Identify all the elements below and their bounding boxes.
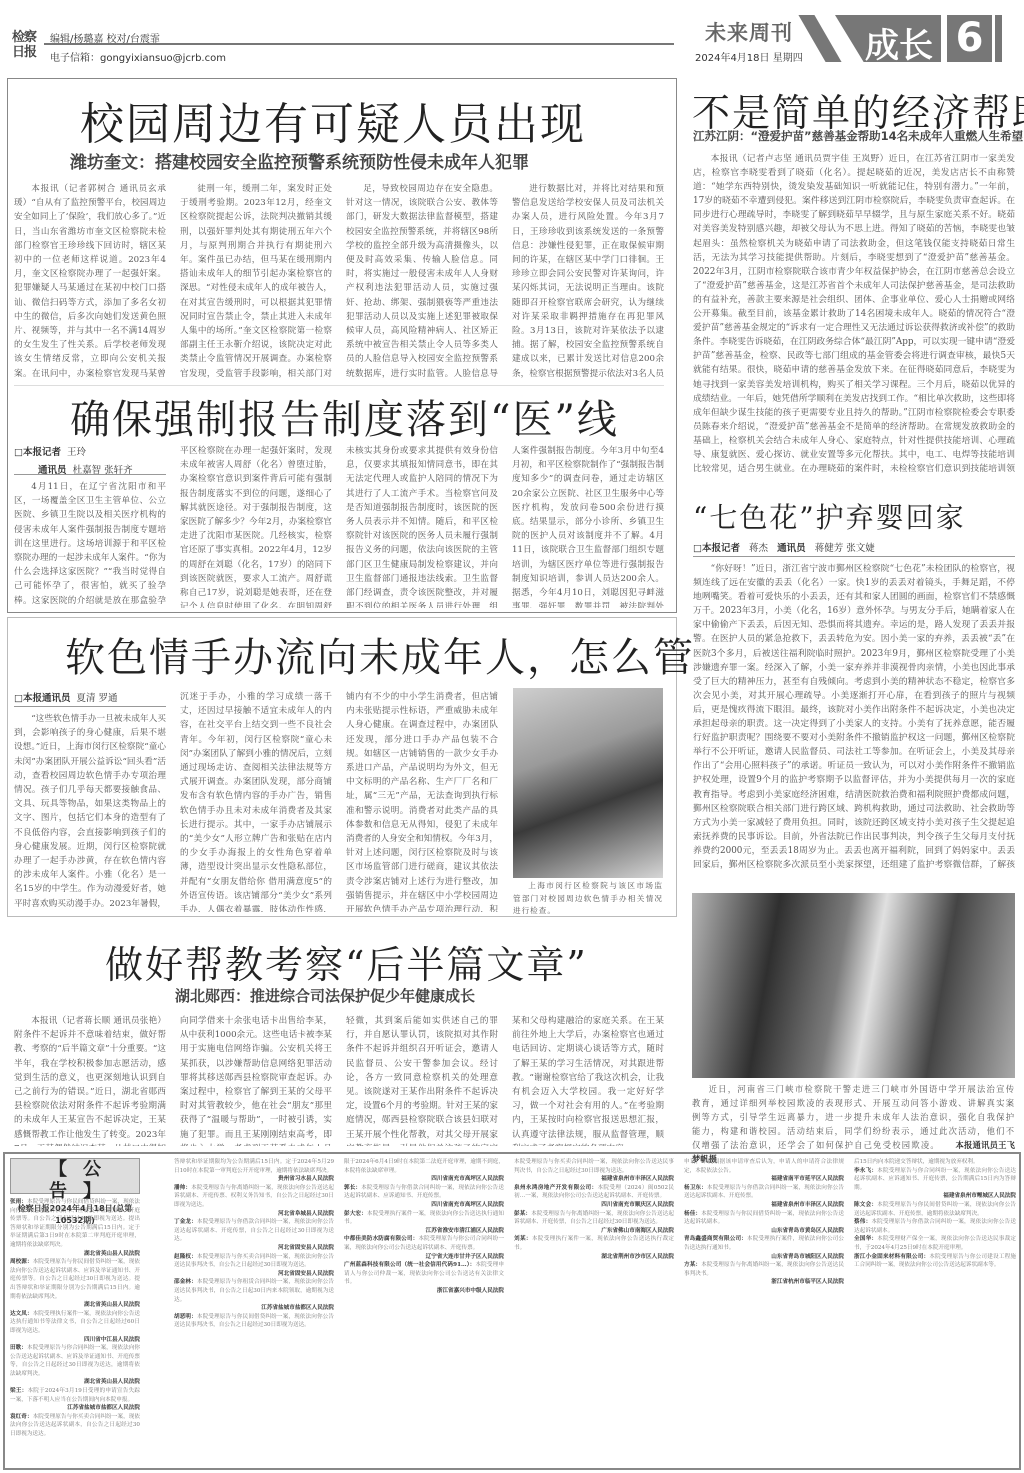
article2-column-1: 4月11日，在辽宁省沈阳市和平区，一场覆盖全区卫生主管单位、公立医院、乡镇卫生院… [14,480,166,608]
article6-column-1: 本报讯（记者蒋长顺 通讯员张艳）附条件不起诉并不意味着结束，做好帮教、考察的“后… [14,1014,166,1146]
notice-item: 刘某：本院受理执行案件一案，现依法向你公告送达执行裁定书。湖北省荆州市沙市区人民… [514,1235,674,1261]
notices-title: 【公 告】 [11,1159,139,1203]
notices-title-box: 【公 告】 检察日报2024年4月18日(总第10532期) [10,1158,140,1194]
section-title: 成长 [865,18,933,67]
article3-subhead: 江苏江阴：“澄爱护苗”慈善基金帮助14名未成年人重燃人生希望 [693,128,1023,144]
article6-column-3: 轻微，其到案后能如实供述自己的罪行，并自愿认罪认罚，该院拟对其作附条件不起诉并组… [346,1014,498,1146]
notice-item: 郭长：本院受理原告与你借款合同纠纷一案，现依法向你公告送达起诉状副本、应诉通知书… [344,1184,504,1210]
notice-item: 中都佳美防水防腐有限公司：本院受理原告与你公司合同纠纷一案，现依法向你公司公告送… [344,1235,504,1261]
article1-headline: 校园周边有可疑人员出现 [80,88,586,152]
article4-headline: “七色花”护弃婴回家 [693,496,966,536]
photo-story-caption: 近日，河南省三门峡市检察院干警走进三门峡市外国语中学开展法治宣传教育，通过详细列… [692,1082,1015,1146]
notice-item: 潘帅：本院受理原告与你离婚纠纷一案，现依法向你公告送达起诉状副本、开庭传票、权利… [174,1184,334,1218]
notice-item: 田歌：本院受理原告与你合同纠纷一案，现依法向你公告送达起诉状副本、应诉及举证通知… [10,1344,140,1387]
article1-column-4: 进行数据比对，并将比对结果和预警信息发送给学校安保人员及司法机关办案人员，进行风… [512,182,664,380]
notice-item: 限于2024年6月4日9时在本院第二法庭开庭审理，逾期不到庭，本院将依法缺席审理… [344,1158,504,1184]
notice-item: 梁王：本院于2024年3月19日受理的申请宣告失踪一案，下落不明人应当在公告期间… [10,1387,140,1413]
article6-subhead: 湖北郧西：推进综合司法保护促少年健康成长 [175,985,475,1006]
notice-item: 全国华：本院受理财产保全一案，现依法向你公告送达民事裁定书，于2024年4月25… [854,1235,1016,1252]
notices-column-1: 张雨：本院受理原告与你民间借贷纠纷一案，现依法向你公告送达起诉状副本、应诉及举证… [10,1198,140,1466]
article-divider [14,385,664,386]
byline-reporter-label: □本报记者 [693,543,740,554]
notice-item: 广州蓝森科技有限公司（统一社会信用代码91…）：本院受理申请人与你公司仲裁一案，… [344,1261,504,1295]
byline-label: □本报通讯员 [14,693,70,704]
notice-item: 达文凤：本院受理执行案件一案，现依法向你公告送达执行通知书等法律文书，自公告之日… [10,1310,140,1344]
masthead: 检察日报 编辑/杨璐嘉 校对/台震霏 电子信箱：gongyixiansuo@jc… [0,0,1024,75]
notice-item: 丁金龙：本院受理原告与你借款合同纠纷一案，现依法向你公告送达起诉状副本、开庭传票… [174,1218,334,1252]
notice-item: 陈文会：本院受理原告与你民间借贷纠纷一案，现依法向你公告送达起诉状副本、开庭传票… [854,1201,1016,1218]
notice-item: 杨佳：本院受理原告与你民间借贷纠纷一案，现依法向你公告送达起诉状副本。山东省青岛… [684,1210,844,1236]
notices-column-6: 后15日内向本院递交答辩状，逾期视为放弃权利。 李永飞：本院受理原告与你合同纠纷… [854,1158,1016,1466]
header-rule [44,43,674,45]
notice-item: 彭大宏：本院受理执行案件一案，现依法向你公告送达执行通知书。江苏省淮安市清江浦区… [344,1210,504,1236]
article2-byline: □本报记者 王玲 通讯员 杜嘉智 张轩齐 [14,444,166,476]
notice-item: 青岛鑫盛商贸有限公司：本院受理执行案件，现依法向你公司公告送达执行通知书。山东省… [684,1235,844,1261]
notice-item: 李永飞：本院受理原告与你合同纠纷一案，现依法向你公告送达起诉状副本、应诉通知书、… [854,1167,1016,1201]
notice-item: 彭某：本院受理原告与你离婚纠纷一案，现依法向你公告送达起诉状副本、开庭传票，自公… [514,1210,674,1236]
notice-item: 周校源：本院受理原告与你民间借贷纠纷一案，现依法向你公告送达起诉状副本、应诉及举… [10,1258,140,1310]
article1-subhead: 潍坊奎文：搭建校园安全监控预警系统预防性侵未成年人犯罪 [70,148,529,173]
notice-item: 浙江小金固来材料有限公司：本院受理原告与你公司建设工程施工合同纠纷一案，现依法向… [854,1253,1016,1270]
byline-names: 夏清 罗通 [77,693,118,704]
notice-item: 申请，本院根据该申请审查后认为，申请人的申请符合法律规定，本院依法公告。福建省南… [684,1158,844,1184]
article1-column-1: 本报讯（记者郭树合 通讯员玄承瑗）“自从有了监控预警平台，校园周边安全如同上了‘… [14,182,166,380]
article5-column-2: 沉迷于手办，小雅的学习成绩一落千丈，还因过早接触不适宜未成年人的内容，在社交平台… [180,690,332,912]
article4-body: “你好呀！”近日，浙江省宁波市鄞州区检察院“七色花”未检团队的检察官，视频连线了… [693,562,1015,870]
weekly-title: 未来周刊 [705,17,793,47]
notice-item: 袁红奇：本院受理原告与你买卖合同纠纷一案，现依法向你公告送达起诉状副本，自公告之… [10,1413,140,1439]
byline-correspondent-label: 通讯员 [777,543,806,554]
article5-photo-caption: 上海市闵行区检察院与该区市场监管部门对校园周边软色情手办相关情况进行检查。 [513,880,663,924]
article2-column-4: 人案件强制报告制度。今年3月中旬至4月初，和平区检察院制作了“强制报告制度知多少… [512,444,664,608]
photo-inspection [513,688,663,878]
notice-item: 本院受理原告与你买卖合同纠纷一案，现依法向你公告送达民事判决书，自公告之日起经过… [514,1158,674,1184]
newspaper-logo: 检察日报 [12,30,44,62]
byline-rule [693,556,1015,557]
notice-item: 胡恶明：本院受理原告与你民间借贷纠纷一案，现依法向你公告送达民事判决书，自公告之… [174,1313,334,1330]
article6-headline: 做好帮教考察“后半篇文章” [105,934,588,989]
article5-headline: 软色情手办流向未成年人，怎么管 [65,626,695,683]
notices-column-3: 限于2024年6月4日9时在本院第二法庭开庭审理，逾期不到庭，本院将依法缺席审理… [344,1158,504,1466]
byline-correspondent: 蒋健芳 张文婕 [815,543,875,554]
photo-school-event [692,893,1015,1078]
notice-item: 答辩状和举证期限均为公告期满后15日内。定于2024年5月29日10时在本院第一… [174,1158,334,1184]
notice-item: 邵金林：本院受理原告与你租赁合同纠纷一案，现依法向你公告送达民事判决书，自公告之… [174,1278,334,1312]
notice-item: 蔡伟：本院受理原告与你借款合同纠纷一案，现依法向你公告送达起诉状副本。 [854,1218,1016,1235]
article5-column-1: “这些软色情手办一旦被未成年人买到，会影响孩子的身心健康，后果不堪设想。”近日，… [14,712,166,912]
article4-byline: □本报记者 蒋杰 通讯员 蒋健芳 张文婕 [693,540,875,554]
byline-rule [14,706,166,707]
byline-rule [14,474,166,475]
article2-headline: 确保强制报告制度落到“医”线 [70,388,619,445]
article3-body: 本报讯（记者卢志坚 通讯员贾宇佳 王岚野）近日，在江苏省江阴市一家美发店，检察官… [693,152,1015,474]
editor-email: 电子信箱：gongyixiansuo@jcrb.com [50,49,226,64]
byline-reporter: 蒋杰 [749,543,768,554]
article1-column-2: 徒刑一年，缓刑二年，案发时正处于缓刑考验期。2023年12月，经奎文区检察院提起… [180,182,332,380]
notice-item: 杨卫东：本院受理原告与你借款合同纠纷一案，现依法向你公告送达起诉状副本、开庭传票… [684,1184,844,1210]
byline-reporter: 王玲 [67,447,86,458]
header-slash-decoration [798,15,841,62]
article6-column-4: 某和父母构建融洽的家庭关系。在王某前往外地上大学后，办案检察官也通过电话回访、定… [512,1014,664,1146]
notices-column-2: 答辩状和举证期限均为公告期满后15日内。定于2024年5月29日10时在本院第一… [174,1158,334,1466]
page-number-bar [995,15,1002,62]
page-number: 6 [947,15,992,62]
article6-column-2: 向同学借来十余张电话卡出售给李某，从中获利1000余元。这些电话卡被李某用于实施… [180,1014,332,1146]
article1-column-3: 足，导致校园周边存在安全隐患。针对这一情况，该院联合公安、教体等部门，研发大数据… [346,182,498,380]
notices-column-4: 本院受理原告与你买卖合同纠纷一案，现依法向你公告送达民事判决书，自公告之日起经过… [514,1158,674,1466]
byline-reporter-label: □本报记者 [14,447,61,458]
article2-column-3: 未核实其身份或要求其提供有效身份信息，仅要求其填报知情同意书，即在其无法定代理人… [346,444,498,608]
notice-item: 方某：本院受理原告与你离婚纠纷一案，现依法向你公告送达民事判决书。浙江省杭州市临… [684,1261,844,1287]
notice-item: 泉州永鸿房地产开发有限公司：本院受理（2024）闽0502民初…一案，现依法向你… [514,1184,674,1210]
article2-column-2: 平区检察院在办理一起强奸案时，发现未成年被害人周舒（化名）曾堕过胎，办案检察官意… [180,444,332,608]
issue-date: 2024年4月18日 星期四 [695,49,803,64]
notice-item: 张雨：本院受理原告与你民间借贷纠纷一案，现依法向你公告送达起诉状副本、应诉及举证… [10,1198,140,1258]
notice-item: 赵隆权：本院受理原告与你买卖合同纠纷一案，现依法向你公告送达民事判决书，自公告之… [174,1253,334,1279]
notice-item: 后15日内向本院递交答辩状，逾期视为放弃权利。 [854,1158,1016,1167]
article5-column-3: 铺内有不少的中小学生消费者，但店铺内未张贴提示性标语，严重威胁未成年人身心健康。… [346,690,498,912]
article5-byline: □本报通讯员 夏清 罗通 [14,690,118,704]
notices-column-5: 申请，本院根据该申请审查后认为，申请人的申请符合法律规定，本院依法公告。福建省南… [684,1158,844,1466]
